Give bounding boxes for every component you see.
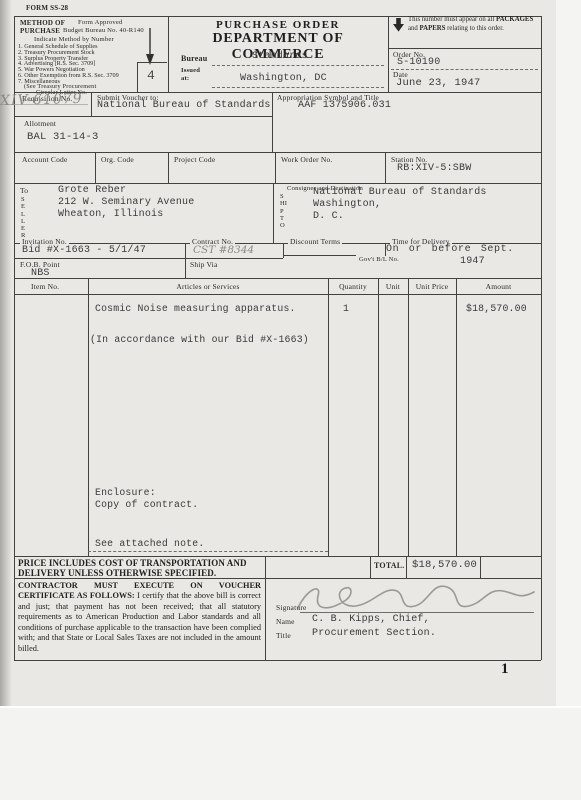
price-includes-line: PRICE INCLUDES COST OF TRANSPORTATION AN…	[18, 558, 264, 568]
rule	[385, 152, 386, 183]
station-no-value: RB:XIV-5:SBW	[397, 163, 471, 174]
scan-bottom-margin	[0, 706, 581, 800]
rule	[14, 152, 541, 153]
appropriation-value: AAF 1375906.031	[298, 100, 391, 111]
fill-line	[88, 551, 328, 552]
name-value: C. B. Kipps, Chief,	[312, 614, 430, 625]
order-notice-packages: PACKAGES	[496, 16, 533, 23]
rule	[14, 16, 15, 660]
rule	[388, 48, 541, 49]
rule	[14, 278, 541, 279]
order-no-value: S-10190	[397, 57, 440, 68]
delivery-value-year: 1947	[460, 256, 485, 267]
col-articles: Articles or Services	[88, 282, 328, 291]
rule	[275, 152, 276, 183]
voucher-value: National Bureau of Standards	[97, 100, 271, 111]
col-amount: Amount	[456, 282, 541, 291]
rule	[14, 294, 541, 295]
issued-label: Issued	[181, 67, 200, 74]
rule	[378, 278, 379, 556]
contract-value: CST #8344	[193, 244, 254, 256]
selected-method-value: 4	[147, 68, 155, 83]
form-number: FORM SS-28	[26, 4, 68, 12]
enclosure-line-2: Copy of contract.	[95, 499, 198, 510]
date-value: June 23, 1947	[396, 77, 481, 89]
issued-label-2: at:	[181, 75, 189, 82]
rule	[265, 556, 266, 660]
consignee-name: National Bureau of Standards	[313, 187, 487, 198]
rule	[283, 255, 356, 256]
fill-line	[212, 65, 384, 66]
rule	[95, 152, 96, 183]
ship-to-vertical-label: SHIP TO	[280, 193, 287, 229]
govt-bl-label: Gov't B/L No.	[359, 256, 399, 263]
rule	[88, 278, 89, 556]
seller-street: 212 W. Seminary Avenue	[58, 197, 194, 208]
enclosure-line: Enclosure:	[95, 487, 156, 498]
order-notice-text: relating to this order.	[445, 25, 503, 32]
allotment-label: Allotment	[24, 119, 56, 128]
rule	[14, 183, 541, 184]
rule	[137, 62, 167, 63]
rule	[272, 92, 273, 152]
consignee-state: D. C.	[313, 211, 344, 222]
rule	[185, 243, 186, 278]
rule	[91, 92, 92, 116]
price-includes-line-2: DELIVERY UNLESS OTHERWISE SPECIFIED.	[18, 568, 264, 578]
signature-line	[300, 612, 534, 613]
order-notice: This number must appear on all PACKAGES …	[408, 16, 536, 34]
delivery-value: On or before Sept.	[386, 244, 514, 255]
rule	[14, 116, 272, 117]
seller-vertical-label: SELLER	[21, 196, 28, 240]
signature-scrawl	[292, 570, 542, 618]
rule	[14, 660, 541, 661]
seller-name: Grote Reber	[58, 185, 126, 196]
rule	[541, 16, 542, 660]
form-approved: Form Approved	[78, 19, 123, 26]
allotment-value: BAL 31-14-3	[27, 131, 99, 143]
item-amount: $18,570.00	[466, 303, 527, 314]
invitation-value: Bid #X-1663 - 5/1/47	[22, 245, 146, 256]
price-includes-note: PRICE INCLUDES COST OF TRANSPORTATION AN…	[18, 558, 264, 578]
col-item-no: Item No.	[31, 282, 59, 291]
fill-line	[391, 69, 538, 70]
discount-terms-label: Discount Terms	[288, 237, 342, 246]
attached-note: See attached note.	[95, 538, 204, 549]
rule	[408, 278, 409, 556]
budget-bureau-no: Budget Bureau No. 40-R140	[63, 27, 144, 34]
issued-value: Washington, DC	[240, 73, 327, 84]
title-label: Title	[276, 631, 291, 640]
signature-label: Signature	[276, 603, 307, 612]
order-notice-papers: PAPERS	[420, 25, 446, 32]
requisition-value: XIV-61079	[0, 91, 83, 109]
to-label: To	[20, 186, 28, 195]
name-label: Name	[276, 617, 295, 626]
rule	[456, 278, 457, 556]
org-code-label: Org. Code	[101, 155, 134, 164]
order-down-arrow-icon	[393, 18, 404, 32]
page-title: PURCHASE ORDER	[168, 19, 388, 31]
order-notice-text: This number must appear on all	[408, 16, 496, 23]
page-number: 1	[501, 661, 509, 678]
rule	[137, 62, 138, 92]
col-unit: Unit	[378, 282, 408, 291]
project-code-label: Project Code	[174, 155, 215, 164]
order-notice-text: and	[408, 25, 420, 32]
rule	[168, 152, 169, 183]
rule	[385, 243, 386, 256]
rule	[14, 556, 541, 557]
method-title: METHOD OF	[20, 19, 65, 27]
rule	[273, 183, 274, 243]
bureau-value: Standards	[252, 51, 308, 62]
item-description: Cosmic Noise measuring apparatus.	[95, 303, 296, 314]
work-order-label: Work Order No.	[281, 155, 333, 164]
certification-body: I certify that the above bill is correct…	[18, 591, 261, 652]
account-code-label: Account Code	[22, 155, 68, 164]
bureau-label: Bureau	[181, 54, 207, 63]
consignee-city: Washington,	[313, 199, 381, 210]
indicate-method: Indicate Method by Number	[34, 36, 114, 43]
rule	[328, 278, 329, 556]
method-title-2: PURCHASE	[20, 27, 60, 35]
item-quantity: 1	[343, 303, 349, 314]
col-quantity: Quantity	[328, 282, 378, 291]
purchase-order-scan: FORM SS-28 METHOD OF PURCHASE Form Appro…	[0, 0, 581, 800]
col-unit-price: Unit Price	[408, 282, 456, 291]
scan-right-margin	[556, 0, 581, 800]
certification-text: CONTRACTOR MUST EXECUTE ON VOUCHER CERTI…	[18, 581, 261, 654]
ship-via-label: Ship Via	[190, 260, 217, 269]
title-value: Procurement Section.	[312, 628, 436, 639]
rule	[388, 16, 389, 92]
method-down-arrow-icon	[144, 28, 156, 66]
total-label: TOTAL.	[374, 561, 404, 570]
fill-line	[212, 87, 384, 88]
seller-city: Wheaton, Illinois	[58, 209, 163, 220]
rule	[14, 258, 283, 259]
bid-note: (In accordance with our Bid #X-1663)	[90, 334, 309, 345]
pencil-stroke	[2, 104, 88, 105]
